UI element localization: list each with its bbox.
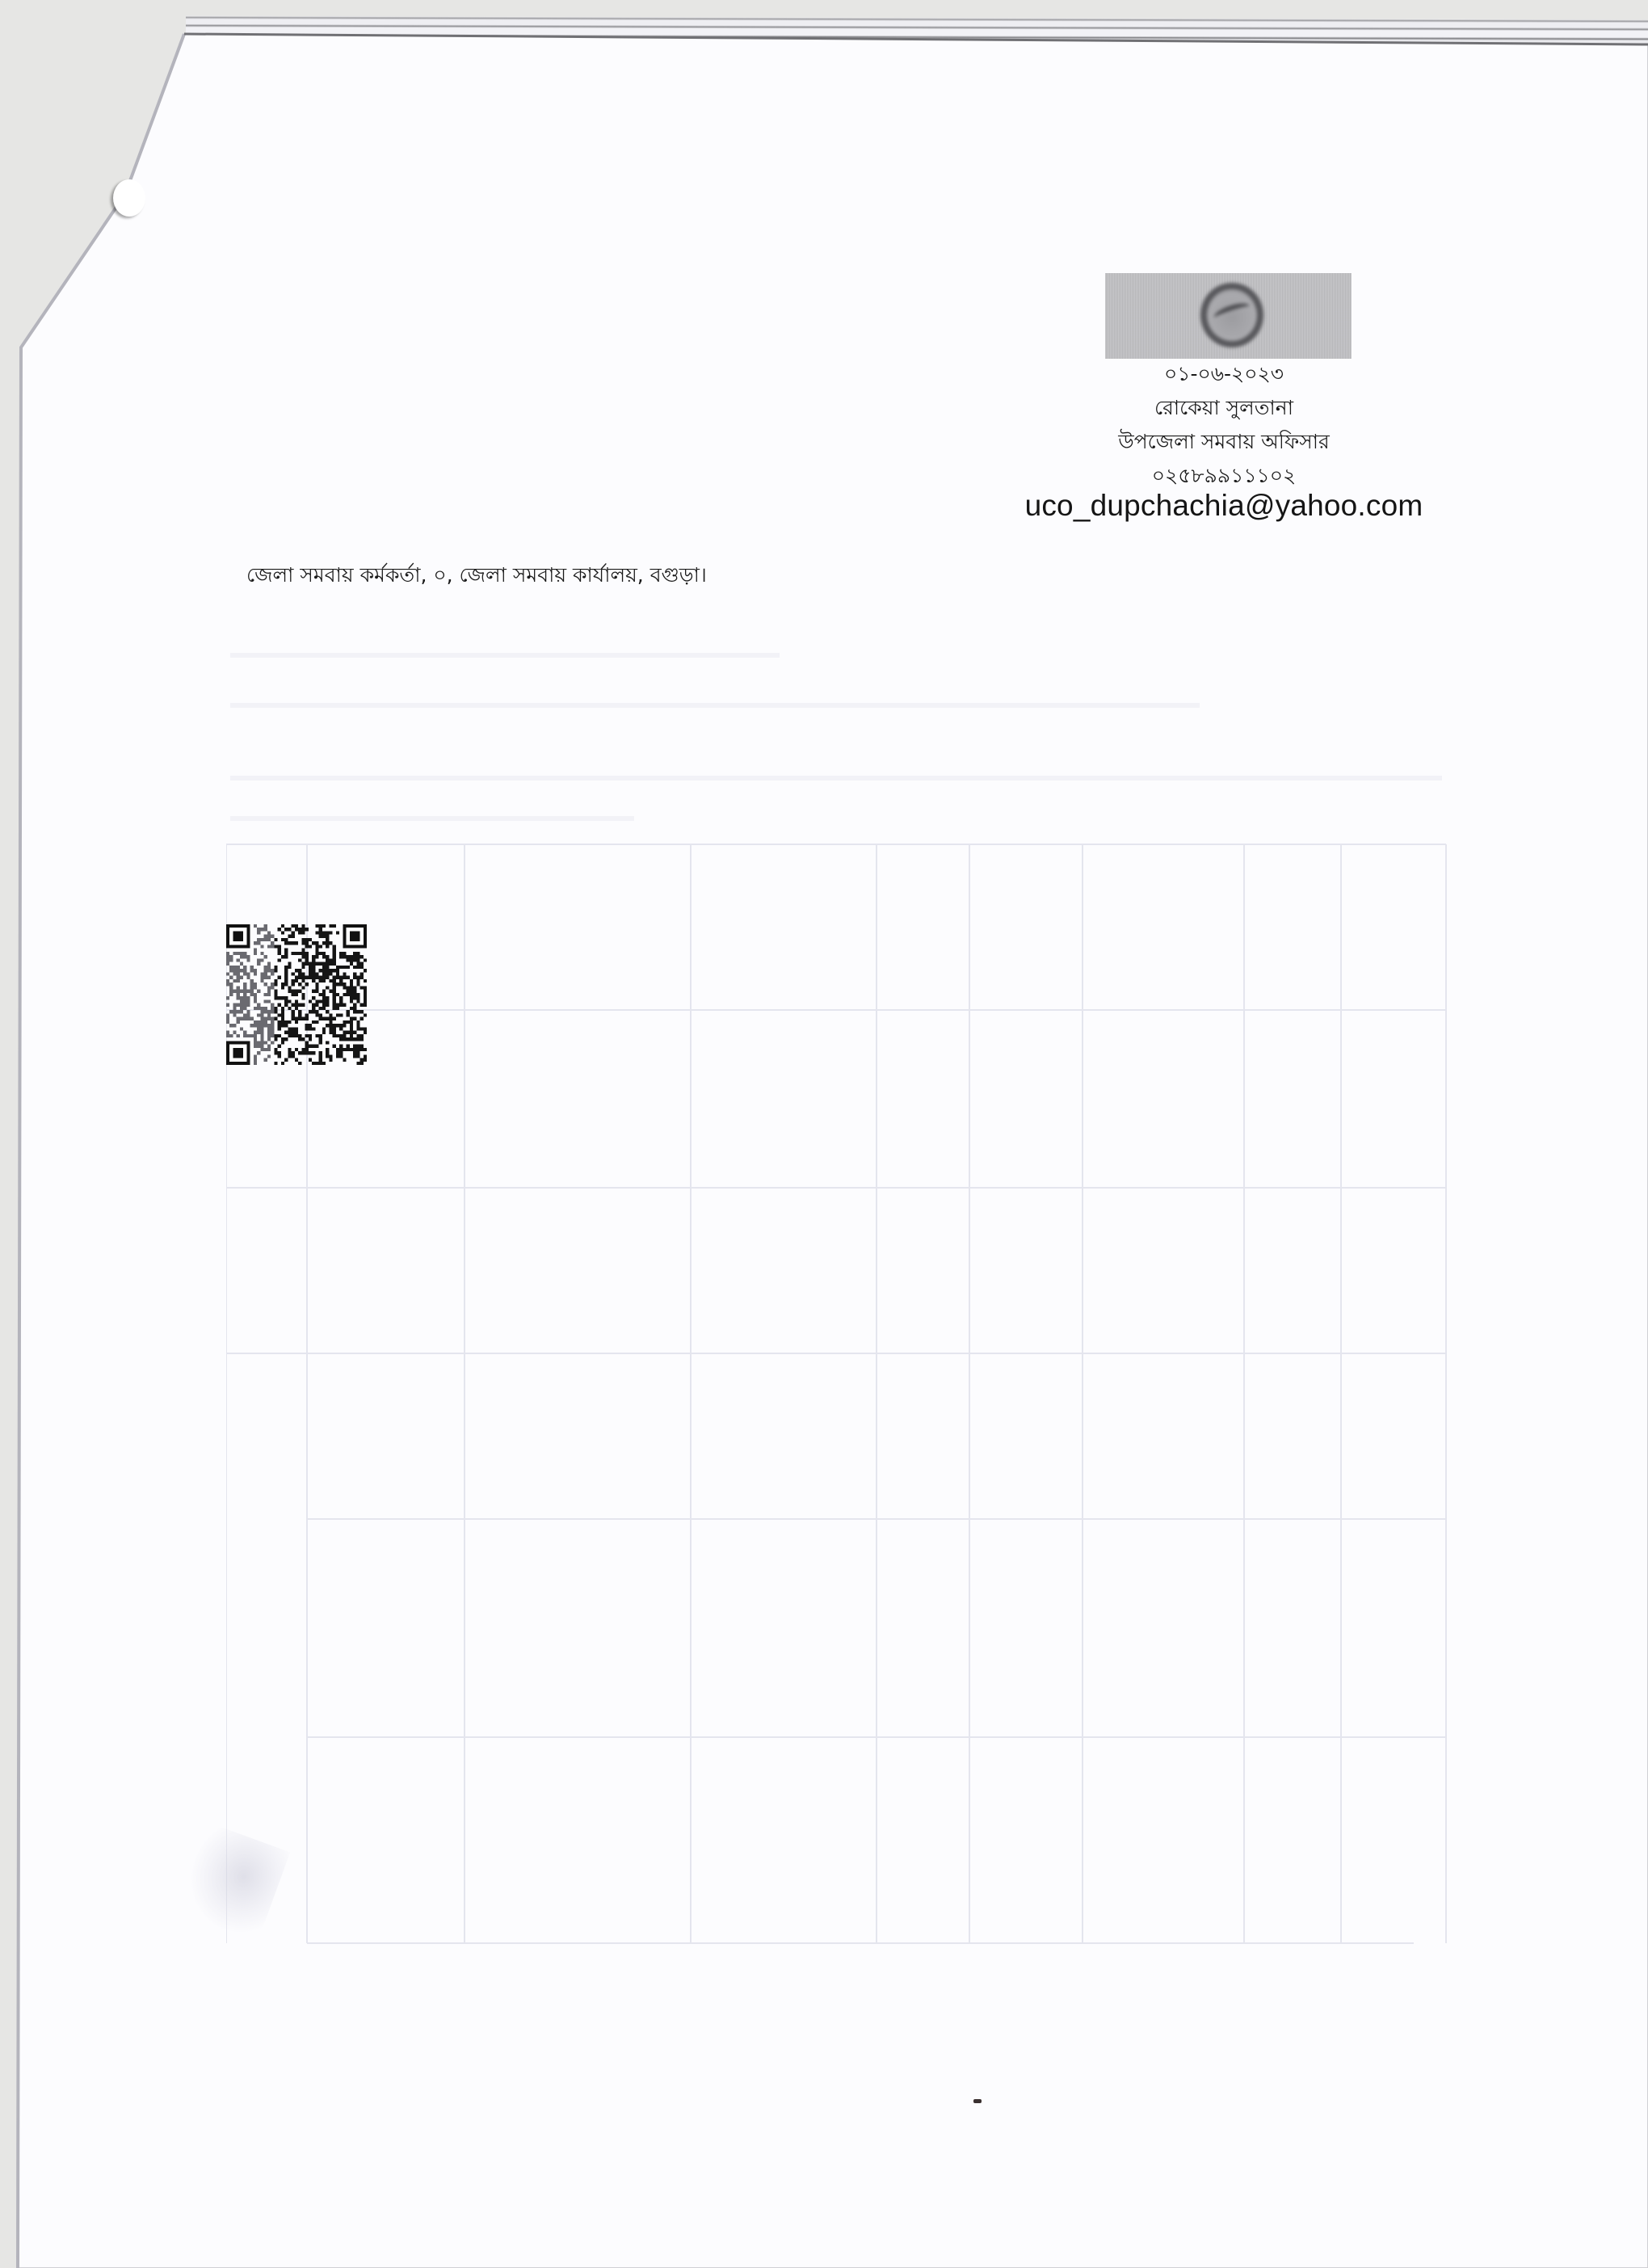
signatory-designation: উপজেলা সমবায় অফিসার — [1002, 425, 1446, 459]
bleed-through-table — [226, 630, 1454, 1947]
official-seal-icon — [1200, 283, 1263, 347]
qr-code-icon — [226, 924, 367, 1065]
signature-date: ০১-০৬-২০২৩ — [1002, 357, 1446, 391]
document-sheet: ০১-০৬-২০২৩ রোকেয়া সুলতানা উপজেলা সমবায়… — [0, 0, 1648, 2268]
addressee-line: জেলা সমবায় কর্মকর্তা, ০, জেলা সমবায় কা… — [246, 561, 707, 590]
signature-block: ০১-০৬-২০২৩ রোকেয়া সুলতানা উপজেলা সমবায়… — [1002, 356, 1446, 524]
seal-image — [1105, 273, 1352, 359]
ink-speck — [973, 2099, 982, 2103]
smudge-mark — [174, 1822, 290, 1943]
punch-hole — [113, 179, 145, 217]
signatory-name: রোকেয়া সুলতানা — [1002, 391, 1446, 425]
signatory-email: uco_dupchachia@yahoo.com — [1002, 488, 1446, 524]
